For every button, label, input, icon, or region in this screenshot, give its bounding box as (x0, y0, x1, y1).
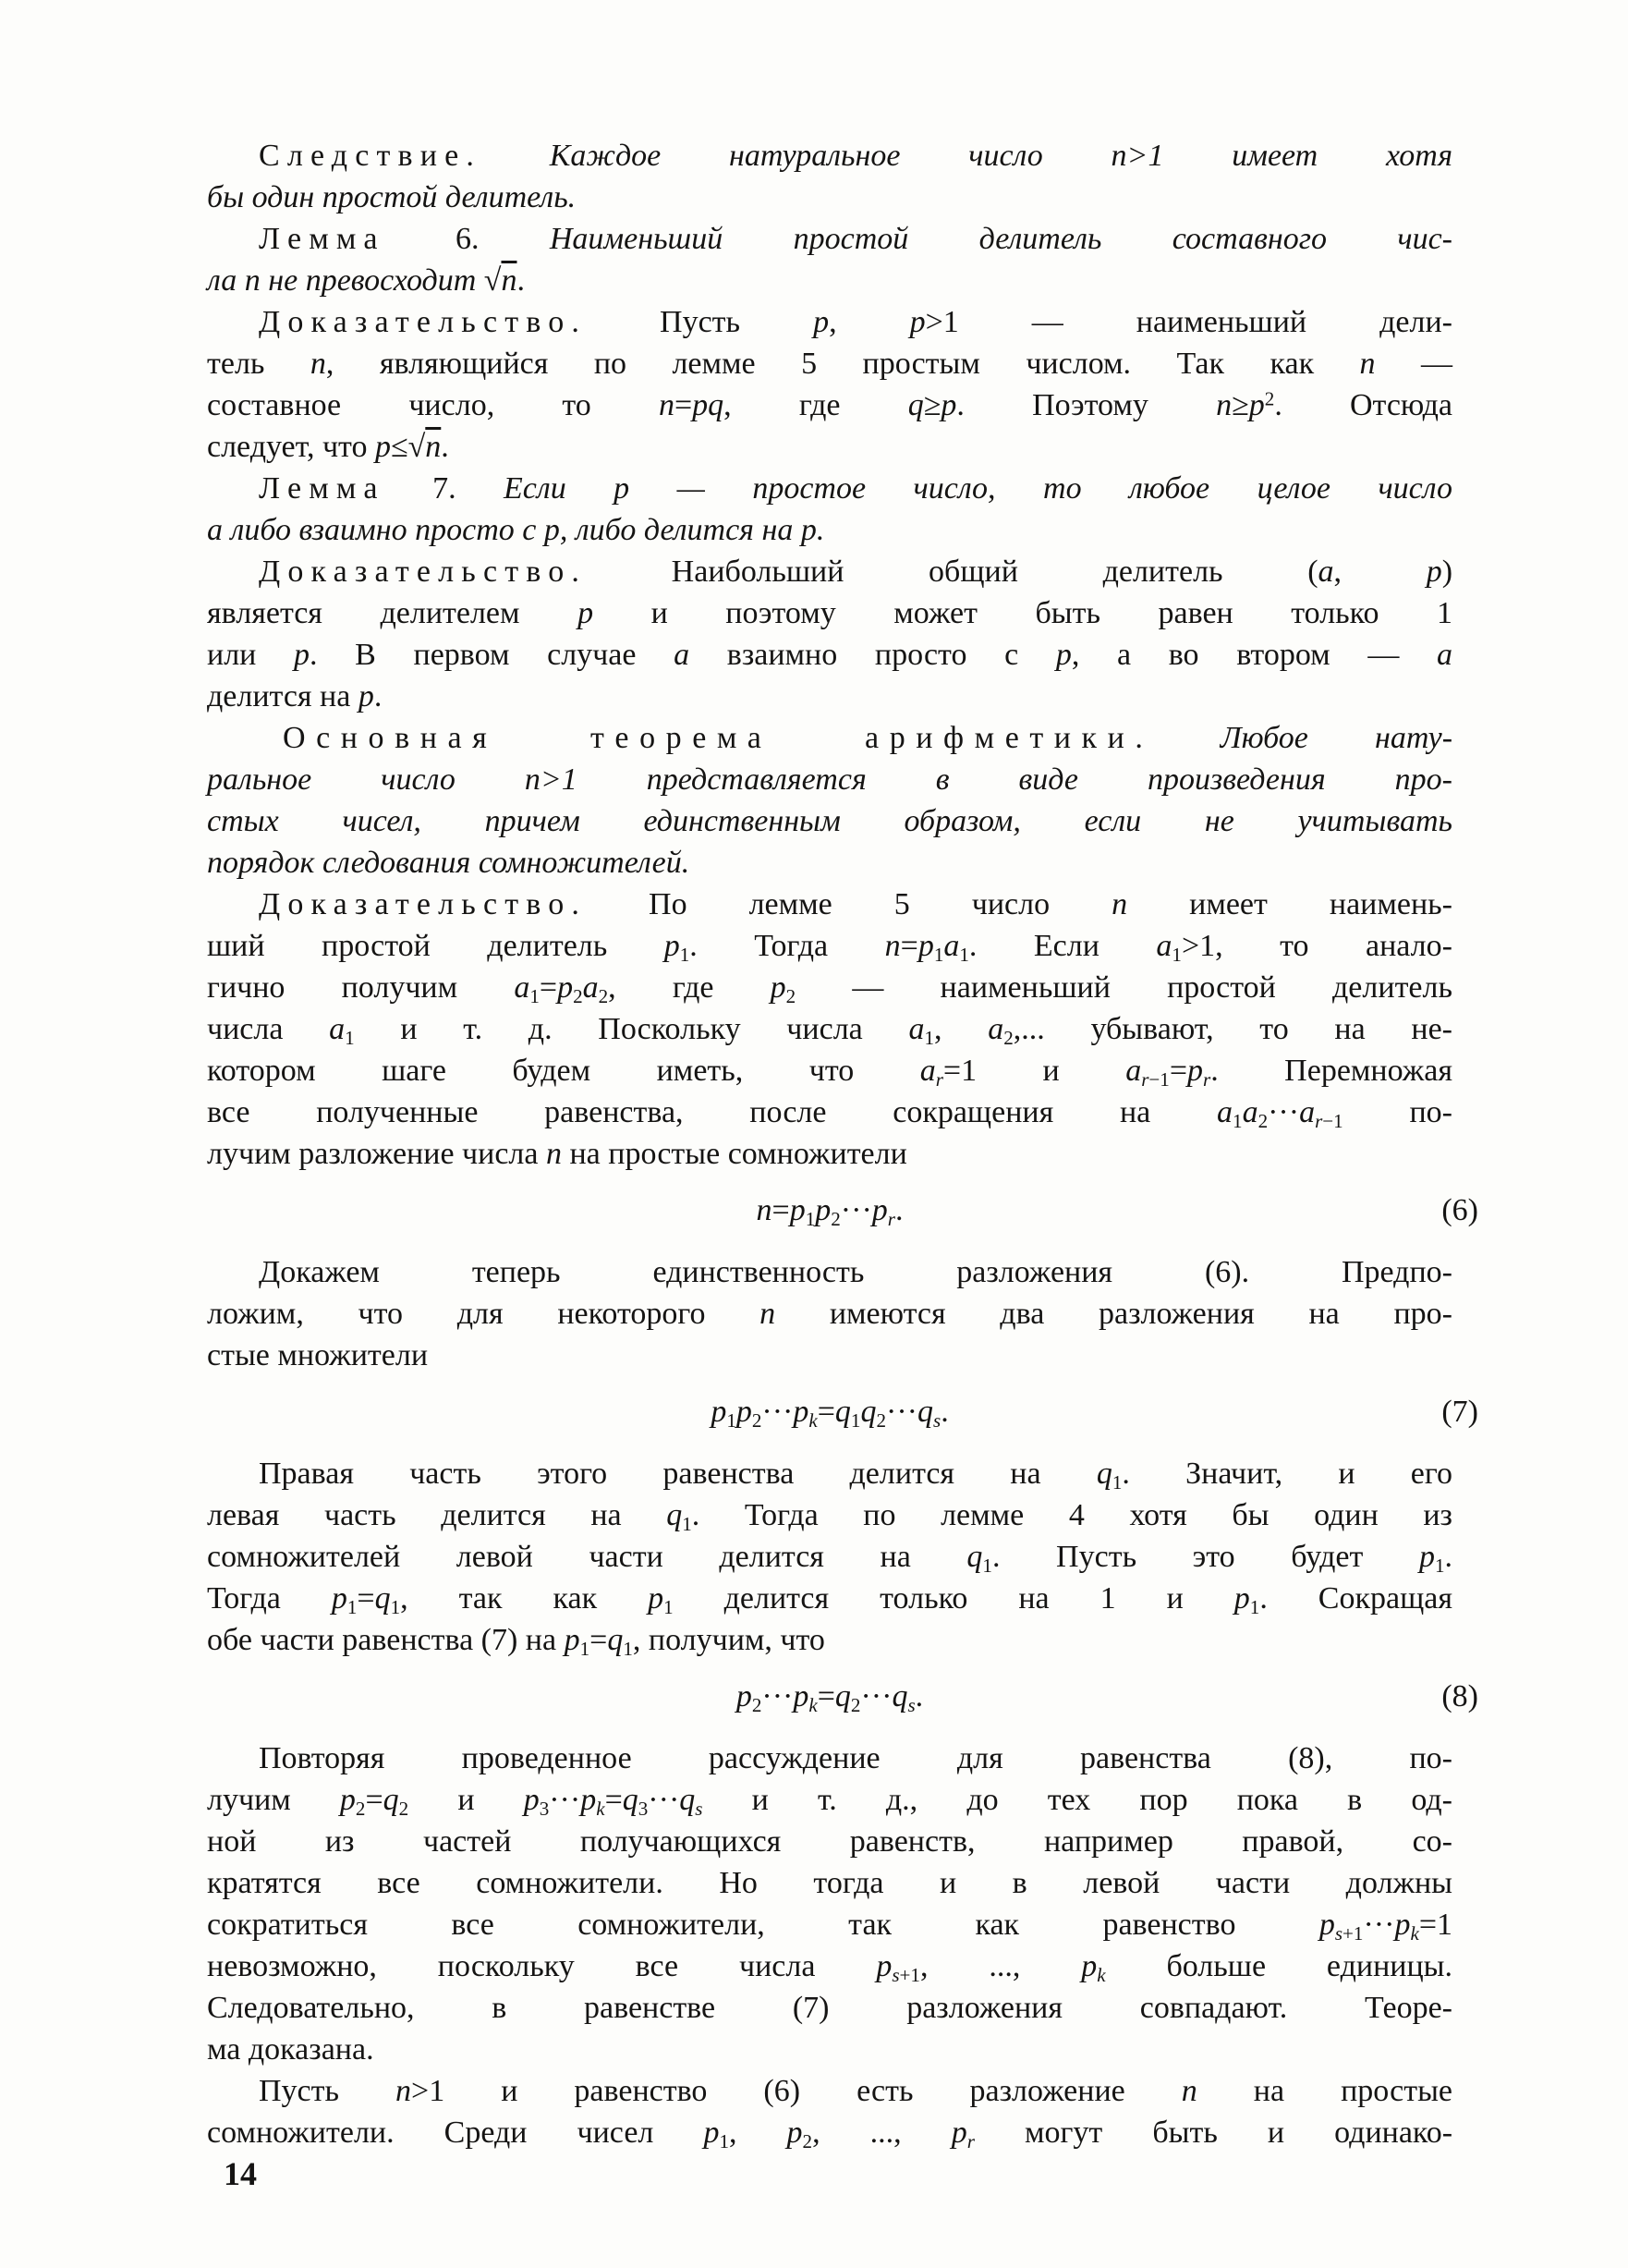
text-line: ший простой делитель p1. Тогда n=p1a1. Е… (207, 925, 1452, 967)
text-column: Следствие. Каждое натуральное число n>1 … (207, 135, 1452, 2153)
equation-number: (8) (1441, 1676, 1478, 1717)
text-line: Повторяя проведенное рассуждение для рав… (207, 1738, 1452, 1779)
text-line: сомножителей левой части делится на q1. … (207, 1536, 1452, 1578)
text-line: Доказательство. Наибольший общий делител… (207, 551, 1452, 592)
text-line: ла n не превосходит √n. (207, 260, 1452, 301)
equation: p1p2···pk=q1q2···qs.(7) (207, 1391, 1452, 1433)
equation-number: (7) (1441, 1391, 1478, 1433)
text-line: сократиться все сомножители, так как рав… (207, 1904, 1452, 1945)
equation: n=p1p2···pr.(6) (207, 1189, 1452, 1231)
text-line: ма доказана. (207, 2029, 1452, 2070)
equation-formula: p2···pk=q2···qs. (736, 1679, 923, 1713)
page-number: 14 (224, 2153, 257, 2195)
text-line: ной из частей получающихся равенств, нап… (207, 1821, 1452, 1862)
text-line: Основная теорема арифметики. Любое нату- (207, 717, 1452, 759)
text-line: делится на p. (207, 676, 1452, 717)
text-line: Докажем теперь единственность разложения… (207, 1251, 1452, 1293)
text-line: все полученные равенства, после сокращен… (207, 1091, 1452, 1133)
text-line: следует, что p≤√n. (207, 426, 1452, 468)
text-line: Лемма 7. Если p — простое число, то любо… (207, 468, 1452, 509)
text-line: Следовательно, в равенстве (7) разложени… (207, 1987, 1452, 2029)
text-line: ложим, что для некоторого n имеются два … (207, 1293, 1452, 1335)
text-line: стых чисел, причем единственным образом,… (207, 800, 1452, 842)
text-line: невозможно, поскольку все числа ps+1, ..… (207, 1945, 1452, 1987)
text-line: является делителем p и поэтому может быт… (207, 592, 1452, 634)
text-line: составное число, то n=pq, где q≥p. Поэто… (207, 384, 1452, 426)
book-page: Следствие. Каждое натуральное число n>1 … (0, 0, 1628, 2268)
text-line: a либо взаимно просто с p, либо делится … (207, 509, 1452, 551)
equation: p2···pk=q2···qs.(8) (207, 1676, 1452, 1717)
text-line: котором шаге будем иметь, что ar=1 и ar−… (207, 1050, 1452, 1091)
text-line: лучим разложение числа n на простые сомн… (207, 1133, 1452, 1175)
equation-number: (6) (1441, 1189, 1478, 1231)
text-line: Пусть n>1 и равенство (6) есть разложени… (207, 2070, 1452, 2112)
text-line: числа a1 и т. д. Поскольку числа a1, a2,… (207, 1008, 1452, 1050)
text-line: лучим p2=q2 и p3···pk=q3···qs и т. д., д… (207, 1779, 1452, 1821)
equation-formula: n=p1p2···pr. (757, 1193, 904, 1227)
text-line: кратятся все сомножители. Но тогда и в л… (207, 1862, 1452, 1904)
text-line: левая часть делится на q1. Тогда по лемм… (207, 1494, 1452, 1536)
text-line: Доказательство. По лемме 5 число n имеет… (207, 884, 1452, 925)
text-line: Следствие. Каждое натуральное число n>1 … (207, 135, 1452, 177)
text-line: тель n, являющийся по лемме 5 простым чи… (207, 343, 1452, 384)
text-line: ральное число n>1 представляется в виде … (207, 759, 1452, 800)
text-line: гично получим a1=p2a2, где p2 — наименьш… (207, 967, 1452, 1008)
text-line: сомножители. Среди чисел p1, p2, ..., pr… (207, 2112, 1452, 2153)
text-line: Правая часть этого равенства делится на … (207, 1453, 1452, 1494)
equation-formula: p1p2···pk=q1q2···qs. (711, 1395, 948, 1429)
text-line: стые множители (207, 1335, 1452, 1376)
text-line: обе части равенства (7) на p1=q1, получи… (207, 1619, 1452, 1661)
text-line: Лемма 6. Наименьший простой делитель сос… (207, 218, 1452, 260)
text-line: порядок следования сомножителей. (207, 842, 1452, 884)
text-line: Тогда p1=q1, так как p1 делится только н… (207, 1578, 1452, 1619)
text-line: Доказательство. Пусть p, p>1 — наименьши… (207, 301, 1452, 343)
text-line: бы один простой делитель. (207, 177, 1452, 218)
text-line: или p. В первом случае a взаимно просто … (207, 634, 1452, 676)
